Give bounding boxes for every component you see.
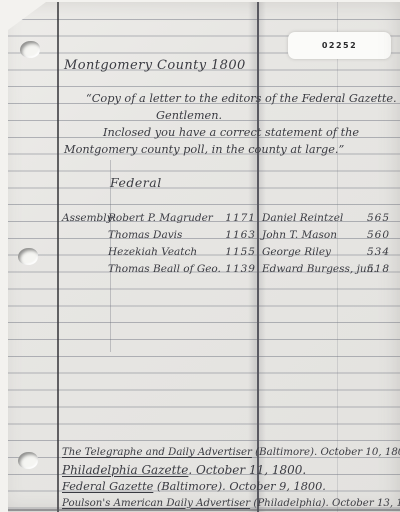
citation-source: Federal Gazette [62, 480, 153, 493]
notebook-page: 02252 Montgomery County 1800 “Copy of a … [0, 0, 400, 512]
opponent-candidate-votes: 565 [352, 213, 390, 224]
federal-candidate-votes: 1163 [212, 230, 256, 241]
crease-line-right [337, 2, 338, 512]
poll-party-header: Federal [110, 177, 162, 190]
federal-candidate-name: Hezekiah Veatch [108, 247, 197, 258]
scanned-document: 02252 Montgomery County 1800 “Copy of a … [0, 0, 400, 512]
citation-line: The Telegraphe and Daily Advertiser (Bal… [62, 448, 400, 458]
catalog-number: 02252 [322, 41, 357, 50]
ruled-lines [8, 3, 400, 512]
opponent-candidate-votes: 534 [352, 247, 390, 258]
citation-detail: (Baltimore). October 9, 1800. [153, 480, 326, 493]
opponent-candidate-name: Daniel Reintzel [262, 213, 343, 224]
letter-intro: “Copy of a letter to the editors of the … [86, 93, 397, 104]
citation-detail: . October 11, 1800. [188, 463, 306, 477]
punch-hole-bottom [18, 452, 38, 469]
citation-line: Poulson's American Daily Advertiser (Phi… [62, 499, 400, 509]
citation-detail: (Baltimore). October 10, 1800. [252, 447, 400, 458]
citation-line: Philadelphia Gazette. October 11, 1800. [62, 464, 306, 476]
federal-candidate-name: Robert P. Magruder [108, 213, 213, 224]
federal-candidate-name: Thomas Beall of Geo. [108, 264, 221, 275]
federal-candidate-votes: 1139 [212, 264, 256, 275]
federal-candidate-name: Thomas Davis [108, 230, 182, 241]
citation-source: The Telegraphe and Daily Advertiser [62, 447, 252, 458]
federal-candidate-votes: 1155 [212, 247, 256, 258]
letter-body-line-1: Inclosed you have a correct statement of… [103, 127, 359, 138]
federal-candidate-votes: 1171 [212, 213, 256, 224]
opponent-candidate-votes: 560 [352, 230, 390, 241]
opponent-candidate-name: John T. Mason [262, 230, 337, 241]
opponent-candidate-name: George Riley [262, 247, 331, 258]
letter-body-line-2: Montgomery county poll, in the county at… [64, 144, 344, 155]
opponent-candidate-votes: 518 [352, 264, 390, 275]
citation-source: Philadelphia Gazette [62, 463, 188, 477]
punch-hole-middle [18, 248, 38, 265]
citation-detail: (Philadelphia). October 13, 1800. [250, 498, 400, 509]
citation-source: Poulson's American Daily Advertiser [62, 498, 250, 509]
punch-hole-top [20, 41, 40, 58]
catalog-label: 02252 [288, 32, 391, 59]
margin-line [57, 2, 59, 512]
page-fold-line [257, 0, 260, 512]
letter-salutation: Gentlemen. [156, 110, 222, 121]
page-title: Montgomery County 1800 [64, 59, 246, 72]
citation-line: Federal Gazette (Baltimore). October 9, … [62, 481, 326, 492]
page-bottom-edge [8, 509, 400, 511]
